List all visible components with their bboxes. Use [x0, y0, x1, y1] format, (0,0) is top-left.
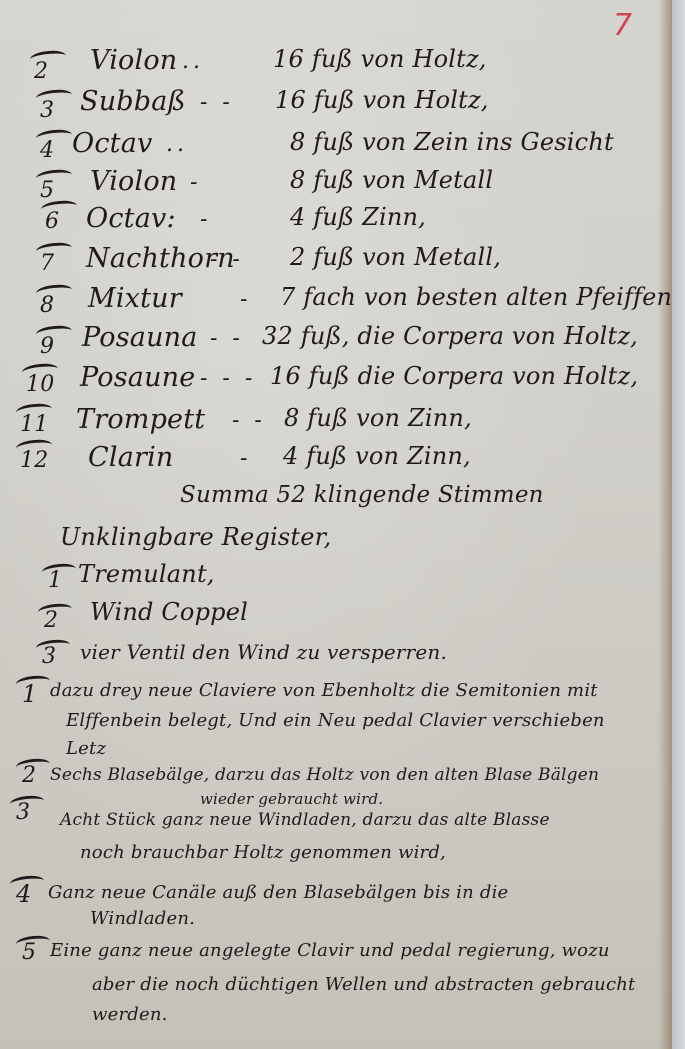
work-item-line: noch brauchbar Holtz genommen wird,: [80, 842, 446, 863]
stop-number: 6: [45, 209, 59, 234]
stop-spec: 16 fuß die Corpera von Holtz,: [270, 362, 638, 390]
stop-dots: -: [190, 170, 201, 195]
work-item-line: Eine ganz neue angelegte Clavir und peda…: [50, 940, 610, 961]
work-item-line: werden.: [92, 1004, 168, 1025]
stop-spec: 16 fuß von Holtz,: [273, 45, 487, 73]
stop-spec: 8 fuß von Zein ins Gesicht: [290, 128, 614, 156]
stop-number: 7: [40, 251, 54, 276]
work-item-line: dazu drey neue Claviere von Ebenholtz di…: [50, 680, 598, 701]
stop-spec: 4 fuß Zinn,: [290, 203, 426, 231]
stop-number: 11: [20, 412, 48, 437]
stop-dots: - -: [210, 247, 244, 272]
stop-number: 8: [40, 293, 54, 318]
stop-spec: 32 fuß, die Corpera von Holtz,: [262, 322, 638, 350]
stop-spec: 2 fuß von Metall,: [290, 243, 501, 271]
stop-number: 2: [34, 59, 48, 84]
stop-dots: ..: [182, 49, 204, 74]
register-number: 2: [44, 608, 58, 633]
work-item-number: 4: [16, 880, 31, 908]
work-item-line: Sechs Blasebälge, darzu das Holtz von de…: [50, 765, 599, 785]
stop-entry: 7 Nachthorn - - 2 fuß von Metall,: [0, 243, 660, 279]
stop-number: 3: [40, 98, 54, 123]
summa-line: Summa 52 klingende Stimmen: [180, 482, 544, 508]
work-item-line: Letz: [66, 738, 106, 759]
stop-name: Posaune: [80, 362, 195, 393]
stop-entry: 10 Posaune - - - 16 fuß die Corpera von …: [0, 362, 660, 398]
stop-dots: - - -: [200, 366, 256, 391]
stop-entry: 8 Mixtur - 7 fach von besten alten Pfeif…: [0, 283, 660, 319]
stop-number: 5: [40, 178, 54, 203]
stop-name: Posauna: [82, 322, 198, 353]
stop-name: Violon: [90, 166, 177, 197]
stop-name: Octav:: [86, 203, 176, 234]
register-number: 3: [42, 644, 56, 669]
register-text: Tremulant,: [78, 560, 215, 588]
work-item-line: Elffenbein belegt, Und ein Neu pedal Cla…: [66, 710, 605, 731]
stop-entry: 6 Octav: - 4 fuß Zinn,: [0, 203, 660, 239]
stop-name: Violon: [90, 45, 177, 76]
stop-name: Mixtur: [88, 283, 182, 314]
stop-dots: -: [240, 287, 251, 312]
stop-entry: 12 Clarin - 4 fuß von Zinn,: [0, 442, 660, 478]
work-item-number: 1: [22, 680, 37, 708]
work-item-number: 5: [22, 940, 36, 965]
stop-entry: 2 Violon .. 16 fuß von Holtz,: [0, 45, 660, 81]
stop-name: Subbaß: [80, 86, 186, 117]
stop-dots: ..: [166, 132, 188, 157]
stop-spec: 8 fuß von Zinn,: [284, 404, 472, 432]
stop-number: 9: [40, 334, 54, 359]
work-item-line: Ganz neue Canäle auß den Blasebälgen bis…: [48, 882, 508, 903]
stop-entry: 5 Violon - 8 fuß von Metall: [0, 166, 660, 202]
manuscript-page: 7 2 Violon .. 16 fuß von Holtz, 3 Subbaß…: [0, 0, 672, 1049]
stop-entry: 3 Subbaß - - 16 fuß von Holtz,: [0, 86, 660, 122]
stop-spec: 7 fach von besten alten Pfeiffen: [280, 283, 672, 311]
register-text: vier Ventil den Wind zu versperren.: [80, 640, 447, 664]
stop-entry: 4 Octav .. 8 fuß von Zein ins Gesicht: [0, 128, 660, 164]
work-item-number: 3: [16, 800, 30, 825]
page-edge-shadow: [658, 0, 672, 1049]
folio-number: 7: [613, 8, 632, 43]
register-number: 1: [48, 568, 62, 593]
register-text: Wind Coppel: [90, 598, 248, 626]
background-strip: [672, 0, 685, 1049]
non-sounding-heading: Unklingbare Register,: [60, 523, 332, 551]
stop-number: 4: [40, 138, 54, 163]
stop-dots: -: [200, 207, 211, 232]
work-item-line: Acht Stück ganz neue Windladen, darzu da…: [60, 810, 550, 830]
stop-number: 12: [20, 448, 48, 473]
stop-spec: 16 fuß von Holtz,: [275, 86, 489, 114]
stop-name: Trompett: [76, 404, 205, 435]
stop-name: Octav: [72, 128, 152, 159]
stop-entry: 11 Trompett - - 8 fuß von Zinn,: [0, 404, 660, 440]
work-item-line: Windladen.: [90, 908, 195, 929]
stop-spec: 8 fuß von Metall: [290, 166, 493, 194]
stop-dots: - -: [200, 90, 234, 115]
stop-dots: - -: [210, 326, 244, 351]
stop-spec: 4 fuß von Zinn,: [283, 442, 471, 470]
stop-name: Clarin: [88, 442, 174, 473]
work-item-line: wieder gebraucht wird.: [200, 790, 383, 808]
stop-number: 10: [26, 372, 54, 397]
work-item-number: 2: [22, 763, 36, 788]
work-item-line: aber die noch düchtigen Wellen und abstr…: [92, 974, 635, 995]
stop-entry: 9 Posauna - - 32 fuß, die Corpera von Ho…: [0, 322, 660, 358]
stop-dots: - -: [232, 408, 266, 433]
stop-dots: -: [240, 446, 251, 471]
